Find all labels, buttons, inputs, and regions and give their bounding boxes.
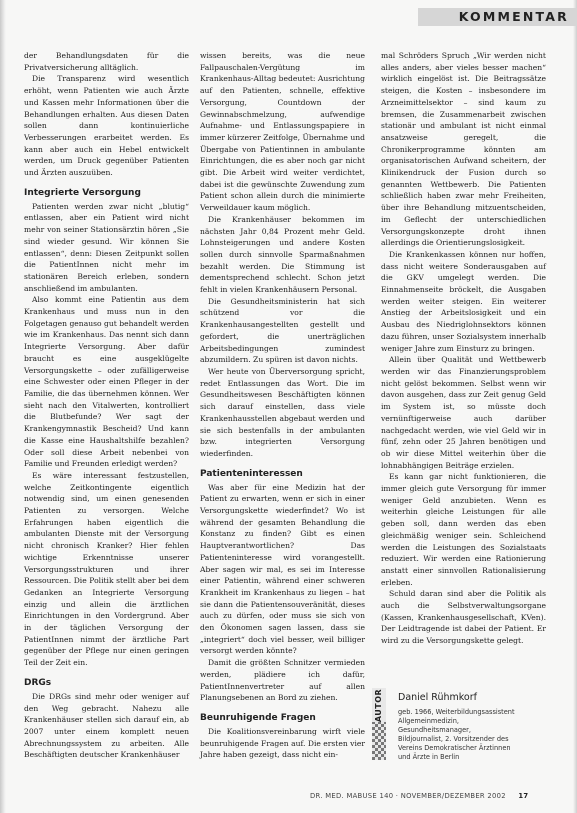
subheading-patienteninteressen: Patienteninteressen (200, 469, 365, 480)
author-box: AUTOR Daniel Rühmkorf geb. 1966, Weiterb… (372, 688, 562, 758)
publication-info: DR. MED. MABUSE 140 · NOVEMBER/DEZEMBER … (310, 792, 506, 800)
subheading-integrierte-versorgung: Integrierte Versorgung (24, 188, 189, 199)
paragraph: der Behandlungsdaten für die Privatversi… (24, 50, 189, 73)
paragraph: Was aber für eine Medizin hat der Patien… (200, 482, 365, 658)
paragraph: Es wäre interessant festzustellen, welch… (24, 470, 189, 669)
paragraph: Es kann gar nicht funktionieren, die imm… (381, 471, 546, 588)
article-column-1: der Behandlungsdaten für die Privatversi… (24, 50, 189, 761)
paragraph: Die Krankenkassen können nur hoffen, das… (381, 249, 546, 354)
author-name: Daniel Rühmkorf (398, 692, 477, 703)
paragraph: Schuld daran sind aber die Politik als a… (381, 588, 546, 647)
paragraph: Allein über Qualität und Wettbewerb werd… (381, 354, 546, 471)
page-number: 17 (518, 792, 528, 800)
paragraph: Die Krankenhäuser bekommen im nächsten J… (200, 214, 365, 296)
author-bio: geb. 1966, Weiterbildungsassistent Allge… (398, 708, 516, 762)
paragraph: Die Transparenz wird wesentlich erhöht, … (24, 73, 189, 178)
section-title: KOMMENTAR (459, 8, 569, 26)
paragraph: Wer heute von Überversorgung spricht, re… (200, 366, 365, 460)
paragraph: Die Koalitionsvereinbarung wirft viele b… (200, 726, 365, 761)
paragraph: Patienten werden zwar nicht „blutig“ ent… (24, 201, 189, 295)
author-tag-label: AUTOR (375, 688, 384, 721)
paragraph: Also kommt eine Patientin aus dem Kranke… (24, 294, 189, 470)
page-left-edge (0, 0, 6, 813)
subheading-drgs: DRGs (24, 678, 189, 689)
author-tag: AUTOR (372, 688, 386, 722)
paragraph: Die DRGs sind mehr oder weniger auf den … (24, 691, 189, 761)
page-footer: DR. MED. MABUSE 140 · NOVEMBER/DEZEMBER … (310, 792, 528, 800)
article-column-3: mal Schröders Spruch „Wir werden nicht a… (381, 50, 546, 647)
page-right-edge (573, 0, 577, 813)
paragraph: Damit die größten Schnitzer vermieden we… (200, 657, 365, 704)
paragraph: wissen bereits, was die neue Fallpauscha… (200, 50, 365, 214)
paragraph: Die Gesundheitsministerin hat sich schüt… (200, 296, 365, 366)
subheading-beunruhigende-fragen: Beunruhigende Fragen (200, 713, 365, 724)
article-column-2: wissen bereits, was die neue Fallpauscha… (200, 50, 365, 761)
paragraph: mal Schröders Spruch „Wir werden nicht a… (381, 50, 546, 249)
